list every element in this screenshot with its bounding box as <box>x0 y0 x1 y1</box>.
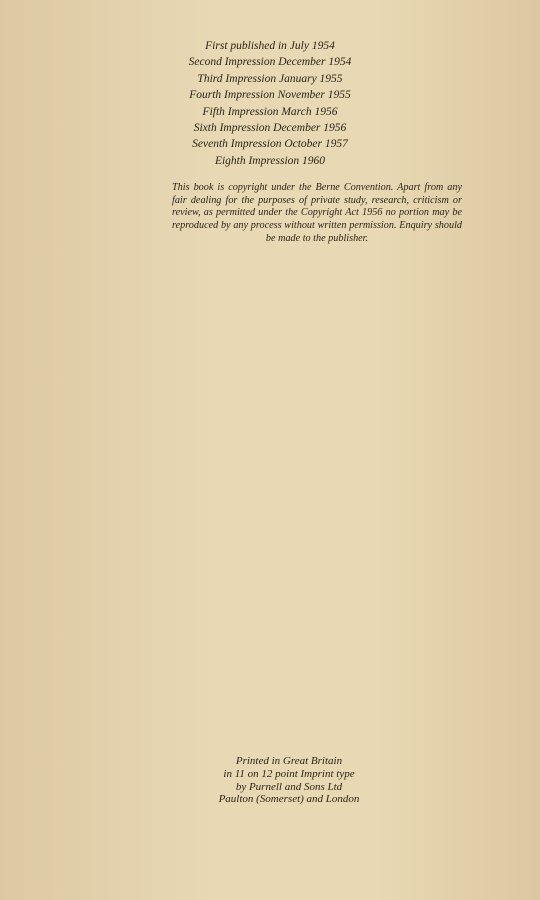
impression-line: Eighth Impression 1960 <box>0 153 540 169</box>
colophon-line: by Purnell and Sons Ltd <box>0 781 540 794</box>
impression-line: Sixth Impression December 1956 <box>0 120 540 136</box>
impression-line: Third Impression January 1955 <box>0 71 540 87</box>
impression-line: Second Impression December 1954 <box>0 54 540 70</box>
colophon-line: Printed in Great Britain <box>0 755 540 768</box>
impression-line: Fifth Impression March 1956 <box>0 104 540 120</box>
impression-line: Fourth Impression November 1955 <box>0 87 540 103</box>
colophon-line: in 11 on 12 point Imprint type <box>0 768 540 781</box>
printer-colophon: Printed in Great Britain in 11 on 12 poi… <box>0 755 540 806</box>
copyright-notice: This book is copyright under the Berne C… <box>172 182 462 245</box>
copyright-page: First published in July 1954 Second Impr… <box>0 0 540 900</box>
impression-line: Seventh Impression October 1957 <box>0 136 540 152</box>
colophon-line: Paulton (Somerset) and London <box>0 793 540 806</box>
impression-line: First published in July 1954 <box>0 38 540 54</box>
printing-history: First published in July 1954 Second Impr… <box>0 38 540 169</box>
